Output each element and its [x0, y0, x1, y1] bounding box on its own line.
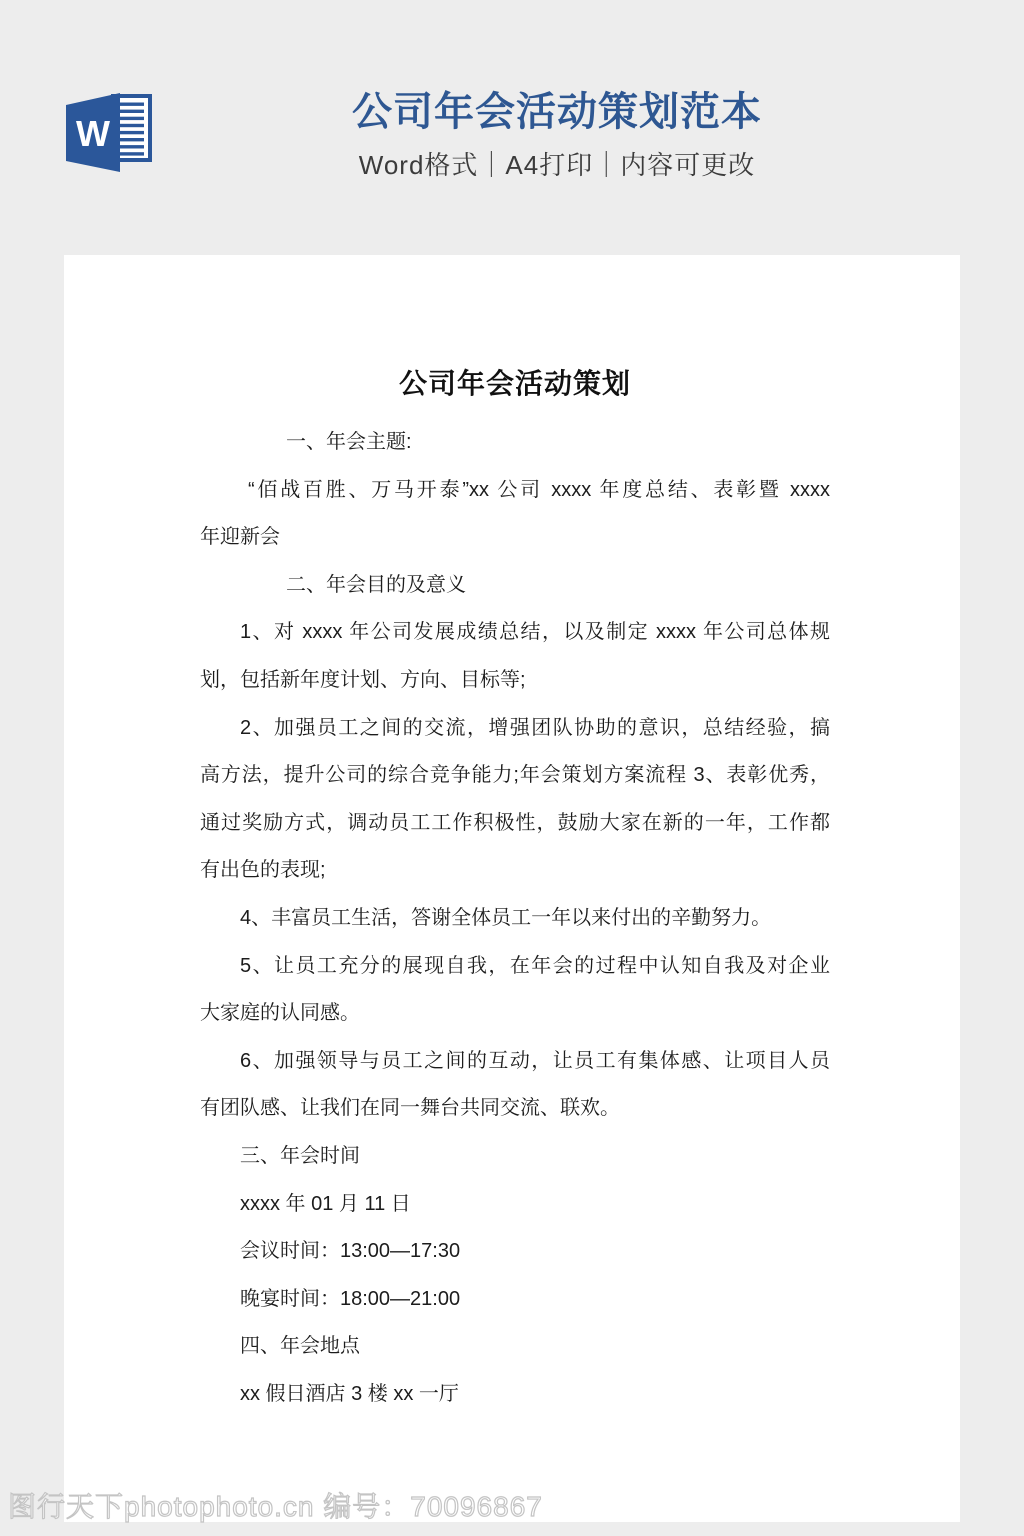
- doc-line: 1、对 xxxx 年公司发展成绩总结，以及制定 xxxx 年公司总体规: [200, 609, 830, 657]
- document-title: 公司年会活动策划: [200, 363, 830, 405]
- doc-line: 二、年会目的及意义: [200, 562, 830, 610]
- doc-line: 有出色的表现;: [200, 847, 830, 895]
- document-content: 公司年会活动策划 一、年会主题: “佰战百胜、万马开泰”xx 公司 xxxx 年…: [64, 255, 960, 1418]
- document-body: 一、年会主题: “佰战百胜、万马开泰”xx 公司 xxxx 年度总结、表彰暨 x…: [200, 419, 830, 1418]
- doc-line: 有团队感、让我们在同一舞台共同交流、联欢。: [200, 1085, 830, 1133]
- header: W 公司年会活动策划范本 Word格式｜A4打印｜内容可更改: [0, 0, 1024, 255]
- doc-line: 划，包括新年度计划、方向、目标等;: [200, 657, 830, 705]
- doc-line: 4、丰富员工生活，答谢全体员工一年以来付出的辛勤努力。: [200, 895, 830, 943]
- page-subtitle: Word格式｜A4打印｜内容可更改: [90, 148, 1024, 182]
- doc-line: 通过奖励方式，调动员工工作积极性，鼓励大家在新的一年，工作都: [200, 800, 830, 848]
- template-preview-page: W 公司年会活动策划范本 Word格式｜A4打印｜内容可更改 公司年会活动策划 …: [0, 0, 1024, 1536]
- doc-line: 三、年会时间: [200, 1133, 830, 1181]
- doc-line: 会议时间：13:00—17:30: [200, 1228, 830, 1276]
- doc-line: 2、加强员工之间的交流，增强团队协助的意识，总结经验，搞: [200, 705, 830, 753]
- watermark-text: 图行天下photophoto.cn 编号：70096867: [8, 1490, 543, 1524]
- doc-line: 一、年会主题:: [200, 419, 830, 467]
- doc-line: 大家庭的认同感。: [200, 990, 830, 1038]
- doc-line: xxxx 年 01 月 11 日: [200, 1181, 830, 1229]
- doc-line: 年迎新会: [200, 514, 830, 562]
- page-title: 公司年会活动策划范本: [90, 88, 1024, 136]
- doc-line: 高方法，提升公司的综合竞争能力;年会策划方案流程 3、表彰优秀，: [200, 752, 830, 800]
- header-text-block: 公司年会活动策划范本 Word格式｜A4打印｜内容可更改: [0, 88, 1024, 182]
- doc-line: xx 假日酒店 3 楼 xx 一厅: [200, 1371, 830, 1419]
- doc-line: “佰战百胜、万马开泰”xx 公司 xxxx 年度总结、表彰暨 xxxx: [200, 467, 830, 515]
- doc-line: 5、让员工充分的展现自我，在年会的过程中认知自我及对企业: [200, 943, 830, 991]
- doc-line: 6、加强领导与员工之间的互动，让员工有集体感、让项目人员: [200, 1038, 830, 1086]
- doc-line: 四、年会地点: [200, 1323, 830, 1371]
- doc-line: 晚宴时间：18:00—21:00: [200, 1276, 830, 1324]
- document-page: 公司年会活动策划 一、年会主题: “佰战百胜、万马开泰”xx 公司 xxxx 年…: [64, 255, 960, 1522]
